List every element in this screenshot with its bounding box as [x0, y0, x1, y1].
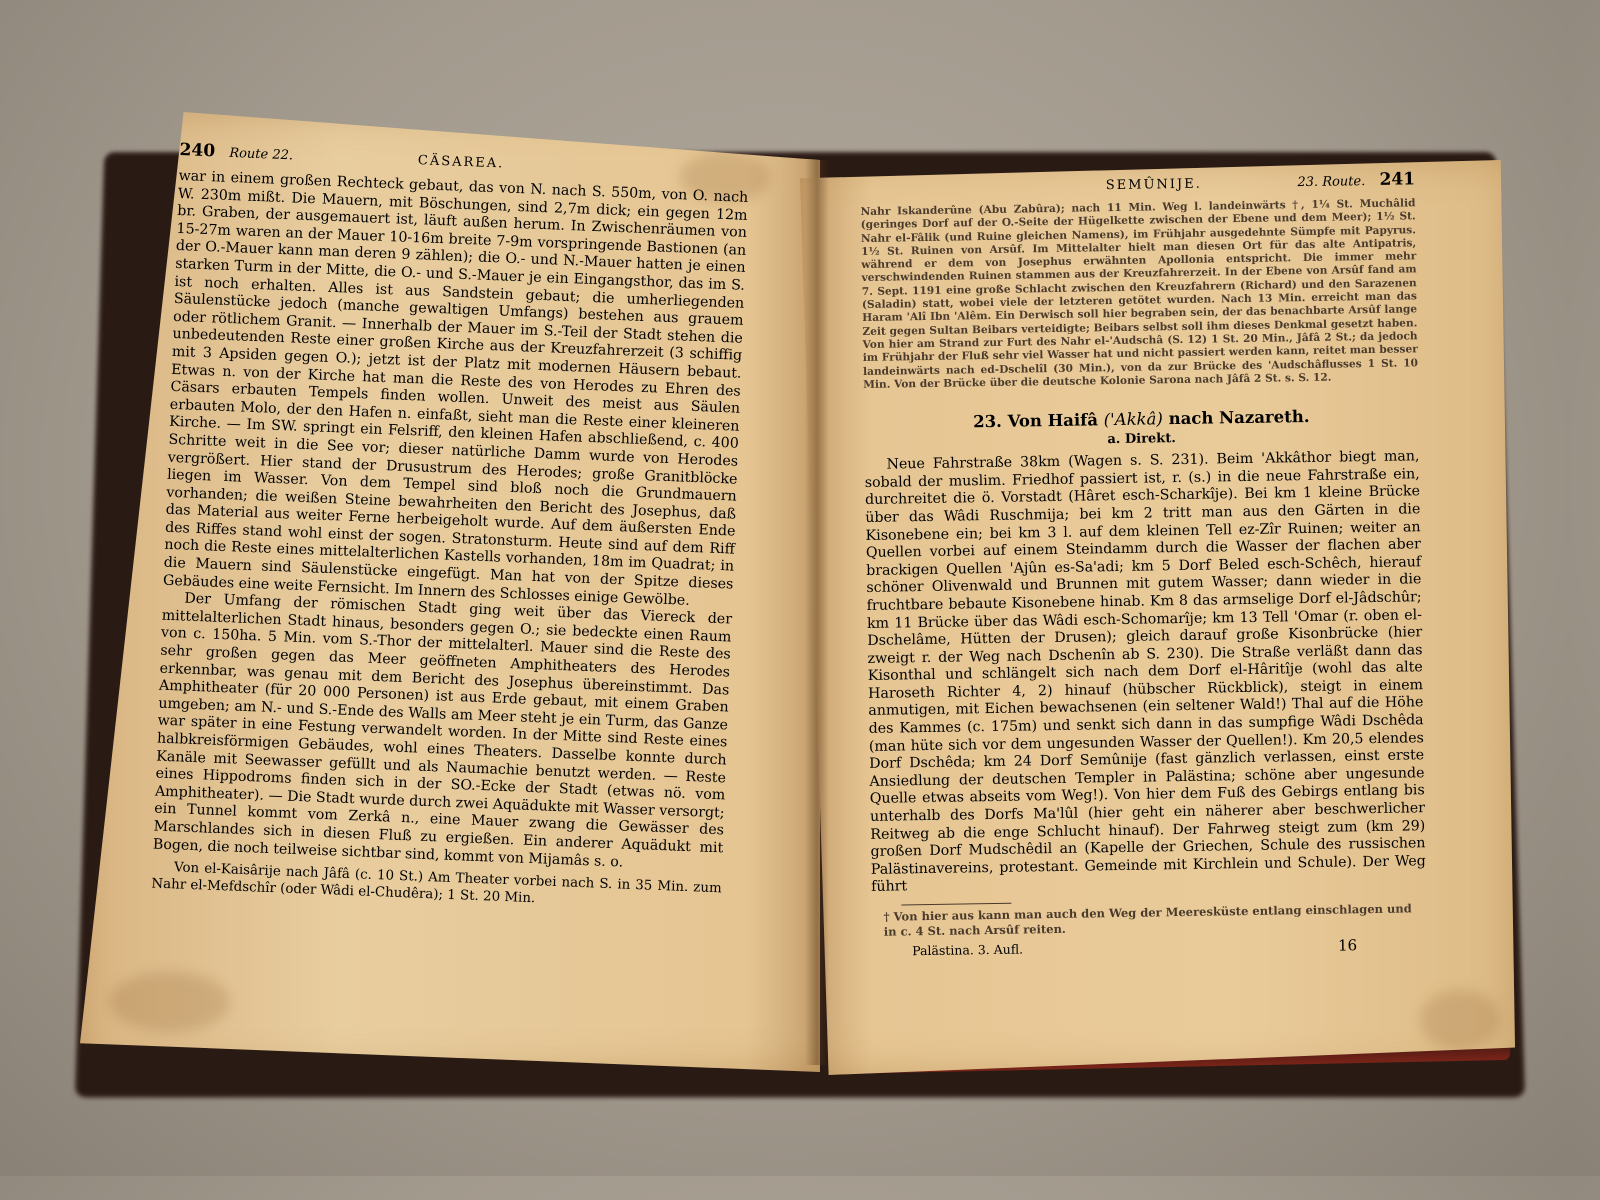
age-stain	[1420, 990, 1500, 1050]
small-print-paragraph: Nahr Iskanderûne (Abu Zabûra); nach 11 M…	[860, 197, 1418, 392]
paragraph: war in einem großen Rechteck gebaut, das…	[163, 168, 749, 612]
section-number: 23.	[973, 412, 1002, 431]
signature-number: 16	[1338, 936, 1357, 954]
place-heading: CÄSAREA.	[418, 153, 505, 171]
page-number: 241	[1379, 169, 1415, 190]
footnote: † Von hier aus kann man auch den Weg der…	[871, 901, 1426, 940]
left-page-content: 240 Route 22. CÄSAREA. war in einem groß…	[151, 140, 749, 914]
signature-label: Palästina. 3. Aufl.	[912, 942, 1023, 962]
paragraph: Neue Fahrstraße 38km (Wagen s. S. 231). …	[864, 448, 1426, 897]
age-stain	[110, 972, 230, 1032]
paragraph: Der Umfang der römischen Stadt ging weit…	[153, 590, 733, 876]
place-heading: SEMÛNIJE.	[1106, 177, 1202, 194]
book-gutter	[805, 160, 829, 1065]
route-label: Route 22.	[229, 146, 293, 163]
section-title-part: Von Haifâ	[1007, 410, 1098, 430]
right-body-text: Neue Fahrstraße 38km (Wagen s. S. 231). …	[864, 448, 1426, 897]
left-body-text: war in einem großen Rechteck gebaut, das…	[153, 168, 749, 876]
route-label: 23. Route.	[1297, 174, 1365, 190]
right-page-content: SEMÛNIJE. 23. Route. 241 Nahr Iskanderûn…	[860, 169, 1427, 962]
section-title-alt: ('Akkâ)	[1104, 409, 1163, 429]
page-number: 240	[179, 140, 215, 161]
footnote-divider	[901, 903, 1011, 906]
photo-scene: 240 Route 22. CÄSAREA. war in einem groß…	[0, 0, 1568, 1176]
section-title-part: nach Nazareth.	[1168, 407, 1309, 428]
